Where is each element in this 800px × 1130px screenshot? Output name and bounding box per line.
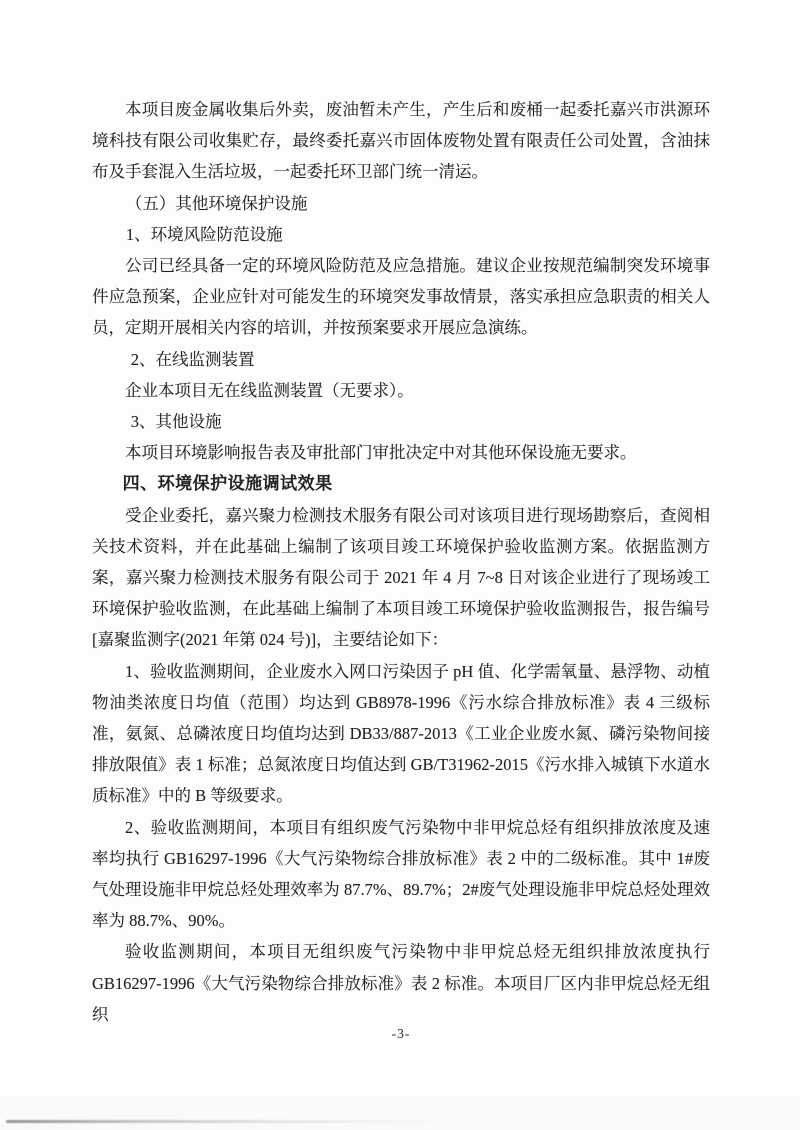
paragraph-body: 本项目环境影响报告表及审批部门审批决定中对其他环保设施无要求。 [92,437,710,468]
paragraph-body: 1、验收监测期间，企业废水入网口污染因子 pH 值、化学需氧量、悬浮物、动植物油… [92,656,710,812]
paragraph-body: 本项目废金属收集后外卖，废油暂未产生，产生后和废桶一起委托嘉兴市洪源环境科技有限… [92,94,710,188]
scan-band-artifact [0,1096,800,1130]
scan-smudge-artifact [6,1120,446,1123]
paragraph-heading: 四、环境保护设施调试效果 [92,468,710,499]
paragraph-sub: （五）其他环境保护设施 [92,188,710,219]
paragraph-body: 企业本项目无在线监测装置（无要求）。 [92,375,710,406]
paragraph-body: 2、验收监测期间，本项目有组织废气污染物中非甲烷总烃有组织排放浓度及速率均执行 … [92,812,710,937]
paragraph-body: 验收监测期间，本项目无组织废气污染物中非甲烷总烃无组织排放浓度执行 GB1629… [92,936,710,1030]
paragraph-sub2: 2、在线监测装置 [92,344,710,375]
document-page: 本项目废金属收集后外卖，废油暂未产生，产生后和废桶一起委托嘉兴市洪源环境科技有限… [0,0,800,1130]
paragraph-body: 受企业委托，嘉兴聚力检测技术服务有限公司对该项目进行现场勘察后，查阅相关技术资料… [92,500,710,656]
paragraph-sub2: 3、其他设施 [92,406,710,437]
page-number: -3- [92,1026,710,1042]
paragraph-body: 公司已经具备一定的环境风险防范及应急措施。建议企业按规范编制突发环境事件应急预案… [92,250,710,344]
document-body: 本项目废金属收集后外卖，废油暂未产生，产生后和废桶一起委托嘉兴市洪源环境科技有限… [92,94,710,1030]
paragraph-sub: 1、环境风险防范设施 [92,219,710,250]
